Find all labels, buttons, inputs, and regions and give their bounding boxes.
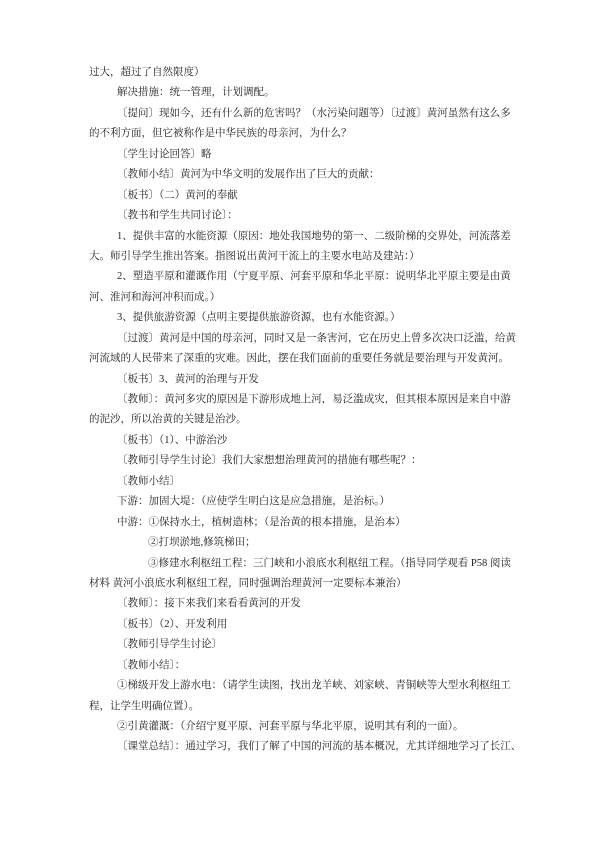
text-line: ②引黄灌溉：（介绍宁夏平原、河套平原与华北平原，说明其有利的一面）。: [89, 717, 509, 737]
text-line: 〔板书〕（二）黄河的奉献: [89, 186, 509, 206]
text-line: 河、淮河和海河冲积而成。）: [89, 288, 509, 308]
text-line: ①梯级开发上游水电：（请学生读图，找出龙羊峡、刘家峡、青铜峡等大型水利枢纽工: [89, 676, 509, 696]
text-line: 〔过渡〕黄河是中国的母亲河，同时又是一条害河，它在历史上曾多次决口泛滥，给黄: [89, 329, 509, 349]
text-line: 〔学生讨论回答〕略: [89, 145, 509, 165]
text-line: 〔教师〕：接下来我们来看看黄河的开发: [89, 594, 509, 614]
text-line: 河流域的人民带来了深重的灾难。因此，摆在我们面前的重要任务就是要治理与开发黄河。: [89, 349, 509, 369]
text-line: 材料 黄河小浪底水利枢纽工程，同时强调治理黄河一定要标本兼治）: [89, 574, 509, 594]
text-line: 〔教师小结〕: [89, 472, 509, 492]
text-line: 的泥沙，所以治黄的关键是治沙。: [89, 410, 509, 430]
text-line: 下游：加固大堤：（应使学生明白这是应急措施，是治标。）: [89, 492, 509, 512]
text-line: 〔教师引导学生讨论〕我们大家想想治理黄河的措施有哪些呢？：: [89, 451, 509, 471]
text-line: ③修建水利枢纽工程：三门峡和小浪底水利枢纽工程。（指导同学观看 P58 阅读: [89, 554, 509, 574]
text-line: ②打坝淤地,修筑梯田；: [89, 533, 509, 553]
text-line: 〔教师小结〕：: [89, 656, 509, 676]
text-line: 〔提问〕现如今，还有什么新的危害吗？（水污染问题等）〔过渡〕黄河虽然有这么多: [89, 104, 509, 124]
text-line: 解决措施：统一管理，计划调配。: [89, 83, 509, 103]
text-line: 程，让学生明确位置）。: [89, 697, 509, 717]
text-line: 〔板书〕（1）、中游治沙: [89, 431, 509, 451]
text-line: 中游：①保持水土，植树造林；（是治黄的根本措施，是治本）: [89, 513, 509, 533]
text-line: 〔板书〕（2）、开发利用: [89, 615, 509, 635]
text-line: 〔教师小结〕黄河为中华文明的发展作出了巨大的贡献：: [89, 165, 509, 185]
text-line: 〔板书〕3、黄河的治理与开发: [89, 370, 509, 390]
text-line: 2、塑造平原和灌溉作用（宁夏平原、河套平原和华北平原：说明华北平原主要是由黄: [89, 267, 509, 287]
text-line: 〔课堂总结〕：通过学习，我们了解了中国的河流的基本概况，尤其详细地学习了长江、: [89, 737, 509, 757]
text-line: 1、提供丰富的水能资源（原因：地处我国地势的第一、二级阶梯的交界处，河流落差: [89, 227, 509, 247]
text-line: 〔教师〕：黄河多灾的原因是下游形成地上河，易泛滥成灾，但其根本原因是来自中游: [89, 390, 509, 410]
text-line: 的不利方面，但它被称作是中华民族的母亲河，为什么？: [89, 124, 509, 144]
lesson-plan-text: 过大，超过了自然限度） 解决措施：统一管理，计划调配。 〔提问〕现如今，还有什么…: [89, 63, 509, 758]
text-line: 3、提供旅游资源（点明主要提供旅游资源，也有水能资源。）: [89, 308, 509, 328]
text-line: 〔教书和学生共同讨论〕：: [89, 206, 509, 226]
text-line: 〔教师引导学生讨论〕: [89, 635, 509, 655]
text-line: 大。师引导学生推出答案。指图说出黄河干流上的主要水电站及建站：）: [89, 247, 509, 267]
text-line: 过大，超过了自然限度）: [89, 63, 509, 83]
document-page: 过大，超过了自然限度） 解决措施：统一管理，计划调配。 〔提问〕现如今，还有什么…: [0, 0, 595, 842]
